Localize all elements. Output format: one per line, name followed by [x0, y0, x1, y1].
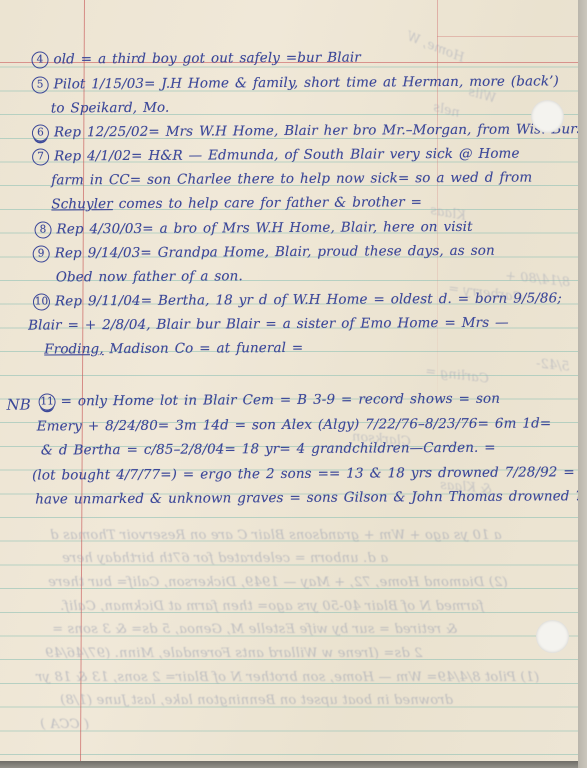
scanner-edge-bottom [0, 761, 578, 768]
circled-item-number: 6 [32, 124, 49, 141]
note-line: Emery + 8/24/80= 3m 14d = son Alex (Algy… [37, 415, 552, 434]
note-line: Blair = + 2/8/04, Blair bur Blair = a si… [28, 315, 509, 334]
scanner-edge-right [578, 0, 587, 768]
circled-item-number: 5 [32, 76, 49, 93]
punch-hole-bottom [536, 620, 569, 653]
circled-item-number: 4 [31, 51, 48, 68]
circled-item-number: 11 [39, 393, 56, 410]
punch-hole-top [531, 100, 564, 133]
notebook-paper: a 10 ys ago + Wm + grandsons Blair C are… [0, 0, 578, 761]
note-line: 5Pilot 1/15/03= J.H Home & family, short… [32, 73, 559, 93]
note-line: 8Rep 4/30/03= a bro of Mrs W.H Home, Bla… [34, 219, 472, 239]
note-line: Schuyler comes to help care for father &… [51, 194, 422, 212]
circled-item-number: 7 [32, 148, 49, 165]
note-line: Froding, Madison Co = at funeral = [44, 340, 303, 358]
scanned-page: a 10 ys ago + Wm + grandsons Blair C are… [0, 0, 587, 768]
note-line: 10Rep 9/11/04= Bertha, 18 yr d of W.H Ho… [33, 290, 562, 310]
note-line: 7Rep 4/1/02= H&R — Edmunda, of South Bla… [32, 146, 520, 166]
note-line: 11= only Home lot in Blair Cem = B 3-9 =… [39, 391, 501, 411]
handwriting-layer: NB 4old = a third boy got out safely =bu… [0, 0, 581, 763]
note-line: 4old = a third boy got out safely =bur B… [31, 50, 360, 69]
margin-annotation: NB [7, 396, 31, 414]
note-line: have unmarked & unknown graves = sons Gi… [35, 488, 587, 507]
note-line: & d Bertha = c/85–2/8/04= 18 yr= 4 grand… [41, 440, 496, 459]
circled-item-number: 8 [34, 221, 51, 238]
note-line: 9Rep 9/14/03= Grandpa Home, Blair, proud… [33, 243, 495, 263]
circled-item-number: 10 [33, 293, 50, 310]
note-line: to Speikard, Mo. [51, 100, 170, 117]
note-line: (lot bought 4/7/77=) = ergo the 2 sons =… [32, 464, 575, 483]
note-line: farm in CC= son Charlee there to help no… [51, 170, 532, 189]
circled-item-number: 9 [33, 245, 50, 262]
note-line: 6Rep 12/25/02= Mrs W.H Home, Blair her b… [32, 121, 587, 142]
note-line: Obed now father of a son. [56, 268, 243, 285]
